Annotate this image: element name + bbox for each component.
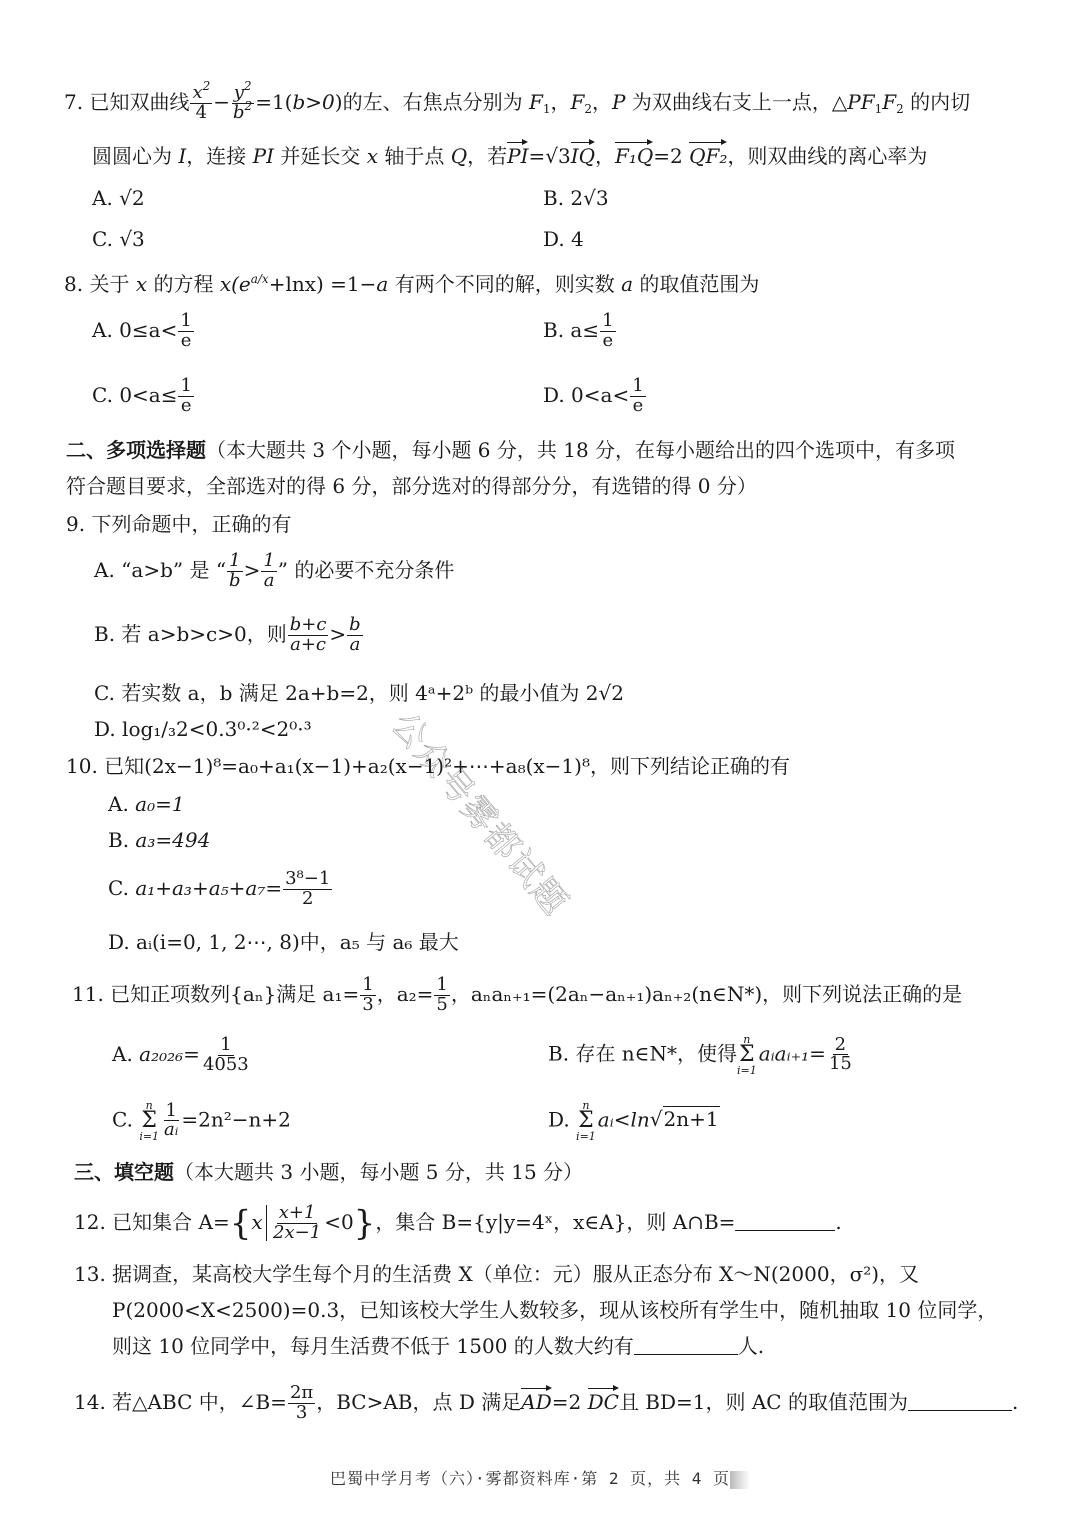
vector-IQ: IQ xyxy=(571,146,595,166)
q10-option-a: A. a₀=1 xyxy=(108,794,185,814)
q10-option-b: B. a₃=494 xyxy=(108,830,210,850)
q9-option-b: B. 若 a>b>c>0，则b+ca+c>ba xyxy=(94,616,364,655)
section-title: 二、多项选择题 xyxy=(66,438,206,462)
q9-option-d: D. log₁/₃2<0.3⁰·²<2⁰·³ xyxy=(94,719,312,739)
answer-blank[interactable] xyxy=(634,1354,738,1355)
q7-option-a: A. √2 xyxy=(92,188,145,208)
watermark-text: 公众号雾都试题 xyxy=(382,700,582,925)
vector-QF2: QF₂ xyxy=(689,146,727,166)
page-footer: 巴蜀中学月考（六）·雾都资料库·第 2 页，共 4 页 xyxy=(0,1466,1080,1489)
q11-option-b: B. 存在 n∈N*，使得nΣi=1aᵢaᵢ₊₁=215 xyxy=(548,1034,855,1076)
scan-edge-artifact xyxy=(730,1471,750,1489)
q7-option-c: C. √3 xyxy=(92,229,145,249)
answer-blank[interactable] xyxy=(908,1410,1012,1411)
question-number: 7. xyxy=(64,90,83,114)
q7-option-b: B. 2√3 xyxy=(543,188,609,208)
answer-blank[interactable] xyxy=(735,1230,835,1231)
q11-option-c: C. nΣi=11aᵢ=2n²−n+2 xyxy=(112,1100,291,1142)
section-2-header: 二、多项选择题（本大题共 3 个小题，每小题 6 分，共 18 分，在每小题给出… xyxy=(66,440,955,460)
q10-option-d: D. aᵢ(i=0, 1, 2⋯, 8)中，a₅ 与 a₆ 最大 xyxy=(108,932,459,952)
q7-option-d: D. 4 xyxy=(543,229,584,249)
q8-stem: 8. 关于 x 的方程 x(ea/x+lnx) =1−a 有两个不同的解，则实数… xyxy=(64,274,759,294)
section-3-header: 三、填空题（本大题共 3 小题，每小题 5 分，共 15 分） xyxy=(74,1162,583,1182)
q8-option-a: A. 0≤a<1e xyxy=(92,312,195,351)
q11-option-d: D. nΣi=1aᵢ<ln√2n+1 xyxy=(548,1100,720,1142)
q8-option-d: D. 0<a<1e xyxy=(543,377,647,416)
vector-F1Q: F₁Q xyxy=(615,146,653,166)
q13-line3: 则这 10 位同学中，每月生活费不低于 1500 的人数大约有人. xyxy=(112,1336,764,1356)
q13-line1: 13. 据调查，某高校大学生每个月的生活费 X（单位：元）服从正态分布 X～N(… xyxy=(74,1264,919,1284)
exam-page: 7. 已知双曲线x24−y2b2=1(b>0)的左、右焦点分别为 F1，F2，P… xyxy=(0,0,1080,1528)
question-number: 8. xyxy=(64,272,83,296)
q13-line2: P(2000<X<2500)=0.3，已知该校大学生人数较多，现从该校所有学生中… xyxy=(112,1300,997,1320)
q7-line2: 圆圆心为 I，连接 PI 并延长交 x 轴于点 Q，若PI=√3IQ，F₁Q=2… xyxy=(92,146,927,166)
fraction: y2b2 xyxy=(231,84,254,123)
vector-PI: PI xyxy=(507,146,528,166)
q14-stem: 14. 若△ABC 中，∠B=2π3，BC>AB，点 D 满足AD=2 DC且 … xyxy=(74,1384,1018,1423)
q11-option-a: A. a₂₀₂₆=14053 xyxy=(112,1036,252,1075)
q12-stem: 12. 已知集合 A={xx+12x−1<0}，集合 B={y|y=4ˣ，x∈A… xyxy=(74,1204,842,1243)
q8-option-c: C. 0<a≤1e xyxy=(92,377,195,416)
section-2-desc: 符合题目要求，全部选对的得 6 分，部分选对的得部分分，有选错的得 0 分） xyxy=(66,476,757,496)
q9-option-a: A. “a>b” 是 “1b>1a” 的必要不充分条件 xyxy=(94,552,454,591)
section-title: 三、填空题 xyxy=(74,1160,174,1184)
q10-option-c: C. a₁+a₃+a₅+a₇=3⁸−12 xyxy=(108,870,333,909)
q8-option-b: B. a≤1e xyxy=(543,312,617,351)
vector-DC: DC xyxy=(588,1392,619,1412)
q9-option-c: C. 若实数 a，b 满足 2a+b=2，则 4ᵃ+2ᵇ 的最小值为 2√2 xyxy=(94,683,624,703)
q7-line1: 7. 已知双曲线x24−y2b2=1(b>0)的左、右焦点分别为 F1，F2，P… xyxy=(64,84,970,123)
q11-stem: 11. 已知正项数列{aₙ}满足 a₁=13，a₂=15，aₙaₙ₊₁=(2aₙ… xyxy=(72,976,962,1015)
vector-AD: AD xyxy=(521,1392,551,1412)
fraction: x24 xyxy=(190,84,212,123)
q9-stem: 9. 下列命题中，正确的有 xyxy=(66,514,291,534)
